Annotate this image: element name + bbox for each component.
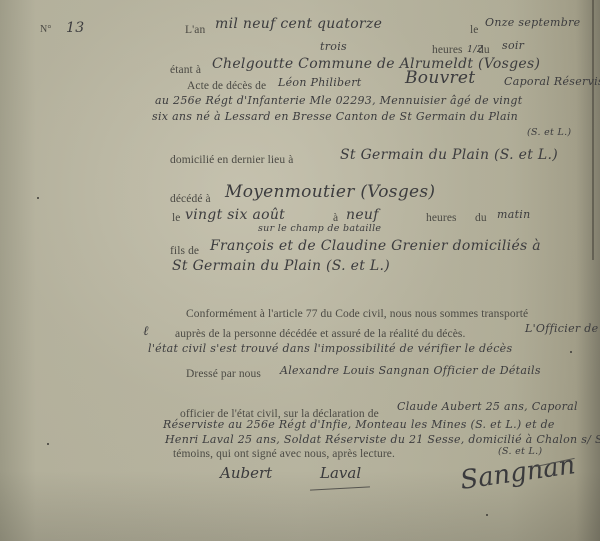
ink-speck: [486, 514, 488, 516]
ink-speck: [47, 443, 49, 445]
annotation-2: l'état civil s'est trouvé dans l'impossi…: [148, 342, 512, 355]
death-place-value: Moyenmoutier (Vosges): [225, 182, 435, 202]
unit-line: au 256e Régt d'Infanterie Mle 02293, Men…: [155, 94, 523, 107]
deceased-surname: Bouvret: [405, 68, 475, 88]
location-label: étant à: [170, 64, 201, 76]
death-time-value: neuf: [346, 207, 379, 223]
declarant-1: Claude Aubert 25 ans, Caporal: [397, 400, 578, 413]
article-sentence: Conformément à l'article 77 du Code civi…: [186, 308, 528, 320]
record-number-label: N°: [40, 24, 51, 35]
death-date-value: vingt six août: [185, 207, 285, 223]
domicile-label: domicilié en dernier lieu à: [170, 154, 293, 166]
day-value: Onze septembre: [485, 16, 580, 29]
death-time-label: heures: [426, 212, 457, 224]
page-edge: [592, 0, 594, 260]
witness-label: témoins, qui ont signé avec nous, après …: [173, 448, 395, 460]
hour-value: trois: [320, 40, 347, 53]
drafted-by: Alexandre Louis Sangnan Officier de Déta…: [280, 364, 541, 377]
act-label: Acte de décès de: [187, 80, 266, 92]
ink-speck: [37, 197, 39, 199]
death-place-label: décédé à: [170, 193, 211, 205]
parents-domicile: St Germain du Plain (S. et L.): [172, 258, 390, 274]
annotation-1: L'Officier de: [525, 322, 598, 335]
birth-line: six ans né à Lessard en Bresse Canton de…: [152, 110, 518, 123]
signature-witness-2: Laval: [320, 464, 361, 482]
domicile-value: St Germain du Plain (S. et L.): [340, 147, 558, 163]
parents-value: François et de Claudine Grenier domicili…: [210, 238, 541, 254]
year-value: mil neuf cent quatorze: [215, 16, 382, 32]
record-number: 13: [66, 20, 84, 36]
declarant-1-detail: Réserviste au 256e Régt d'Infie, Monteau…: [163, 418, 555, 431]
deceased-name: Léon Philibert: [278, 76, 362, 89]
year-label: L'an: [185, 24, 205, 36]
hour-label: heures: [432, 44, 463, 56]
presence-sentence: auprès de la personne décédée et assuré …: [175, 328, 465, 340]
location-value: Chelgoutte Commune de Alrumeldt (Vosges): [212, 56, 540, 72]
signature-witness-1: Aubert: [220, 464, 272, 482]
death-period-label: du: [475, 212, 487, 224]
period-value: soir: [502, 39, 524, 52]
death-date-label: le: [172, 212, 181, 224]
deceased-rank: Caporal Réserviste: [504, 75, 600, 88]
parents-label: fils de: [170, 245, 199, 257]
birth-dept: (S. et L.): [527, 127, 571, 138]
margin-mark: ℓ: [143, 323, 148, 339]
battlefield-note: sur le champ de bataille: [258, 223, 381, 234]
ink-speck: [570, 351, 572, 353]
day-label: le: [470, 24, 479, 36]
death-period-value: matin: [497, 208, 531, 221]
period-label: du: [478, 44, 490, 56]
drafted-label: Dressé par nous: [186, 368, 261, 380]
declarant-2: Henri Laval 25 ans, Soldat Réserviste du…: [165, 433, 600, 446]
scanned-page: N° 13 L'an mil neuf cent quatorze le Onz…: [0, 0, 600, 541]
